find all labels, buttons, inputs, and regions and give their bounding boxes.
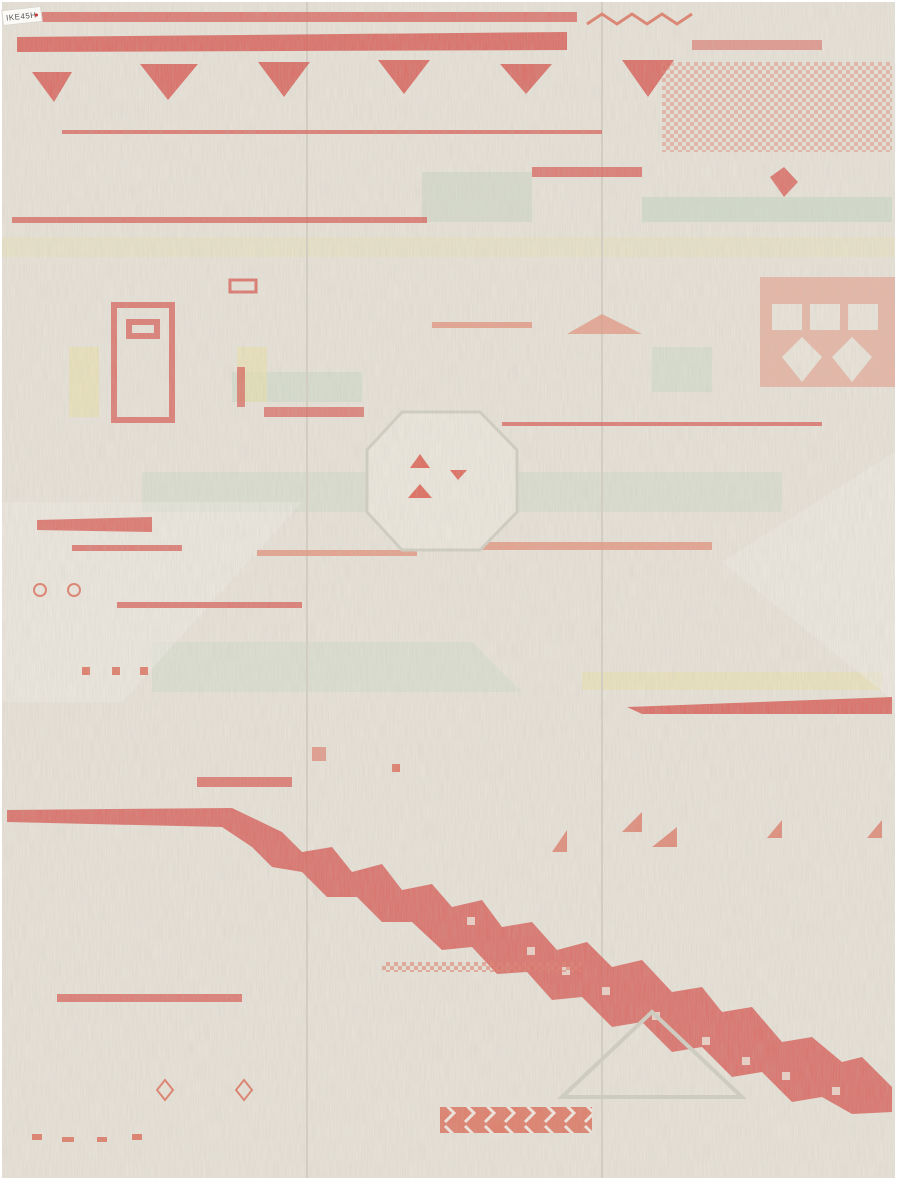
rug-photo <box>2 2 895 1178</box>
inventory-tag: IKE45H <box>1 6 42 26</box>
tag-label: IKE45H <box>6 10 37 22</box>
rug-pattern <box>2 2 895 1178</box>
tag-hole-icon <box>35 13 38 16</box>
